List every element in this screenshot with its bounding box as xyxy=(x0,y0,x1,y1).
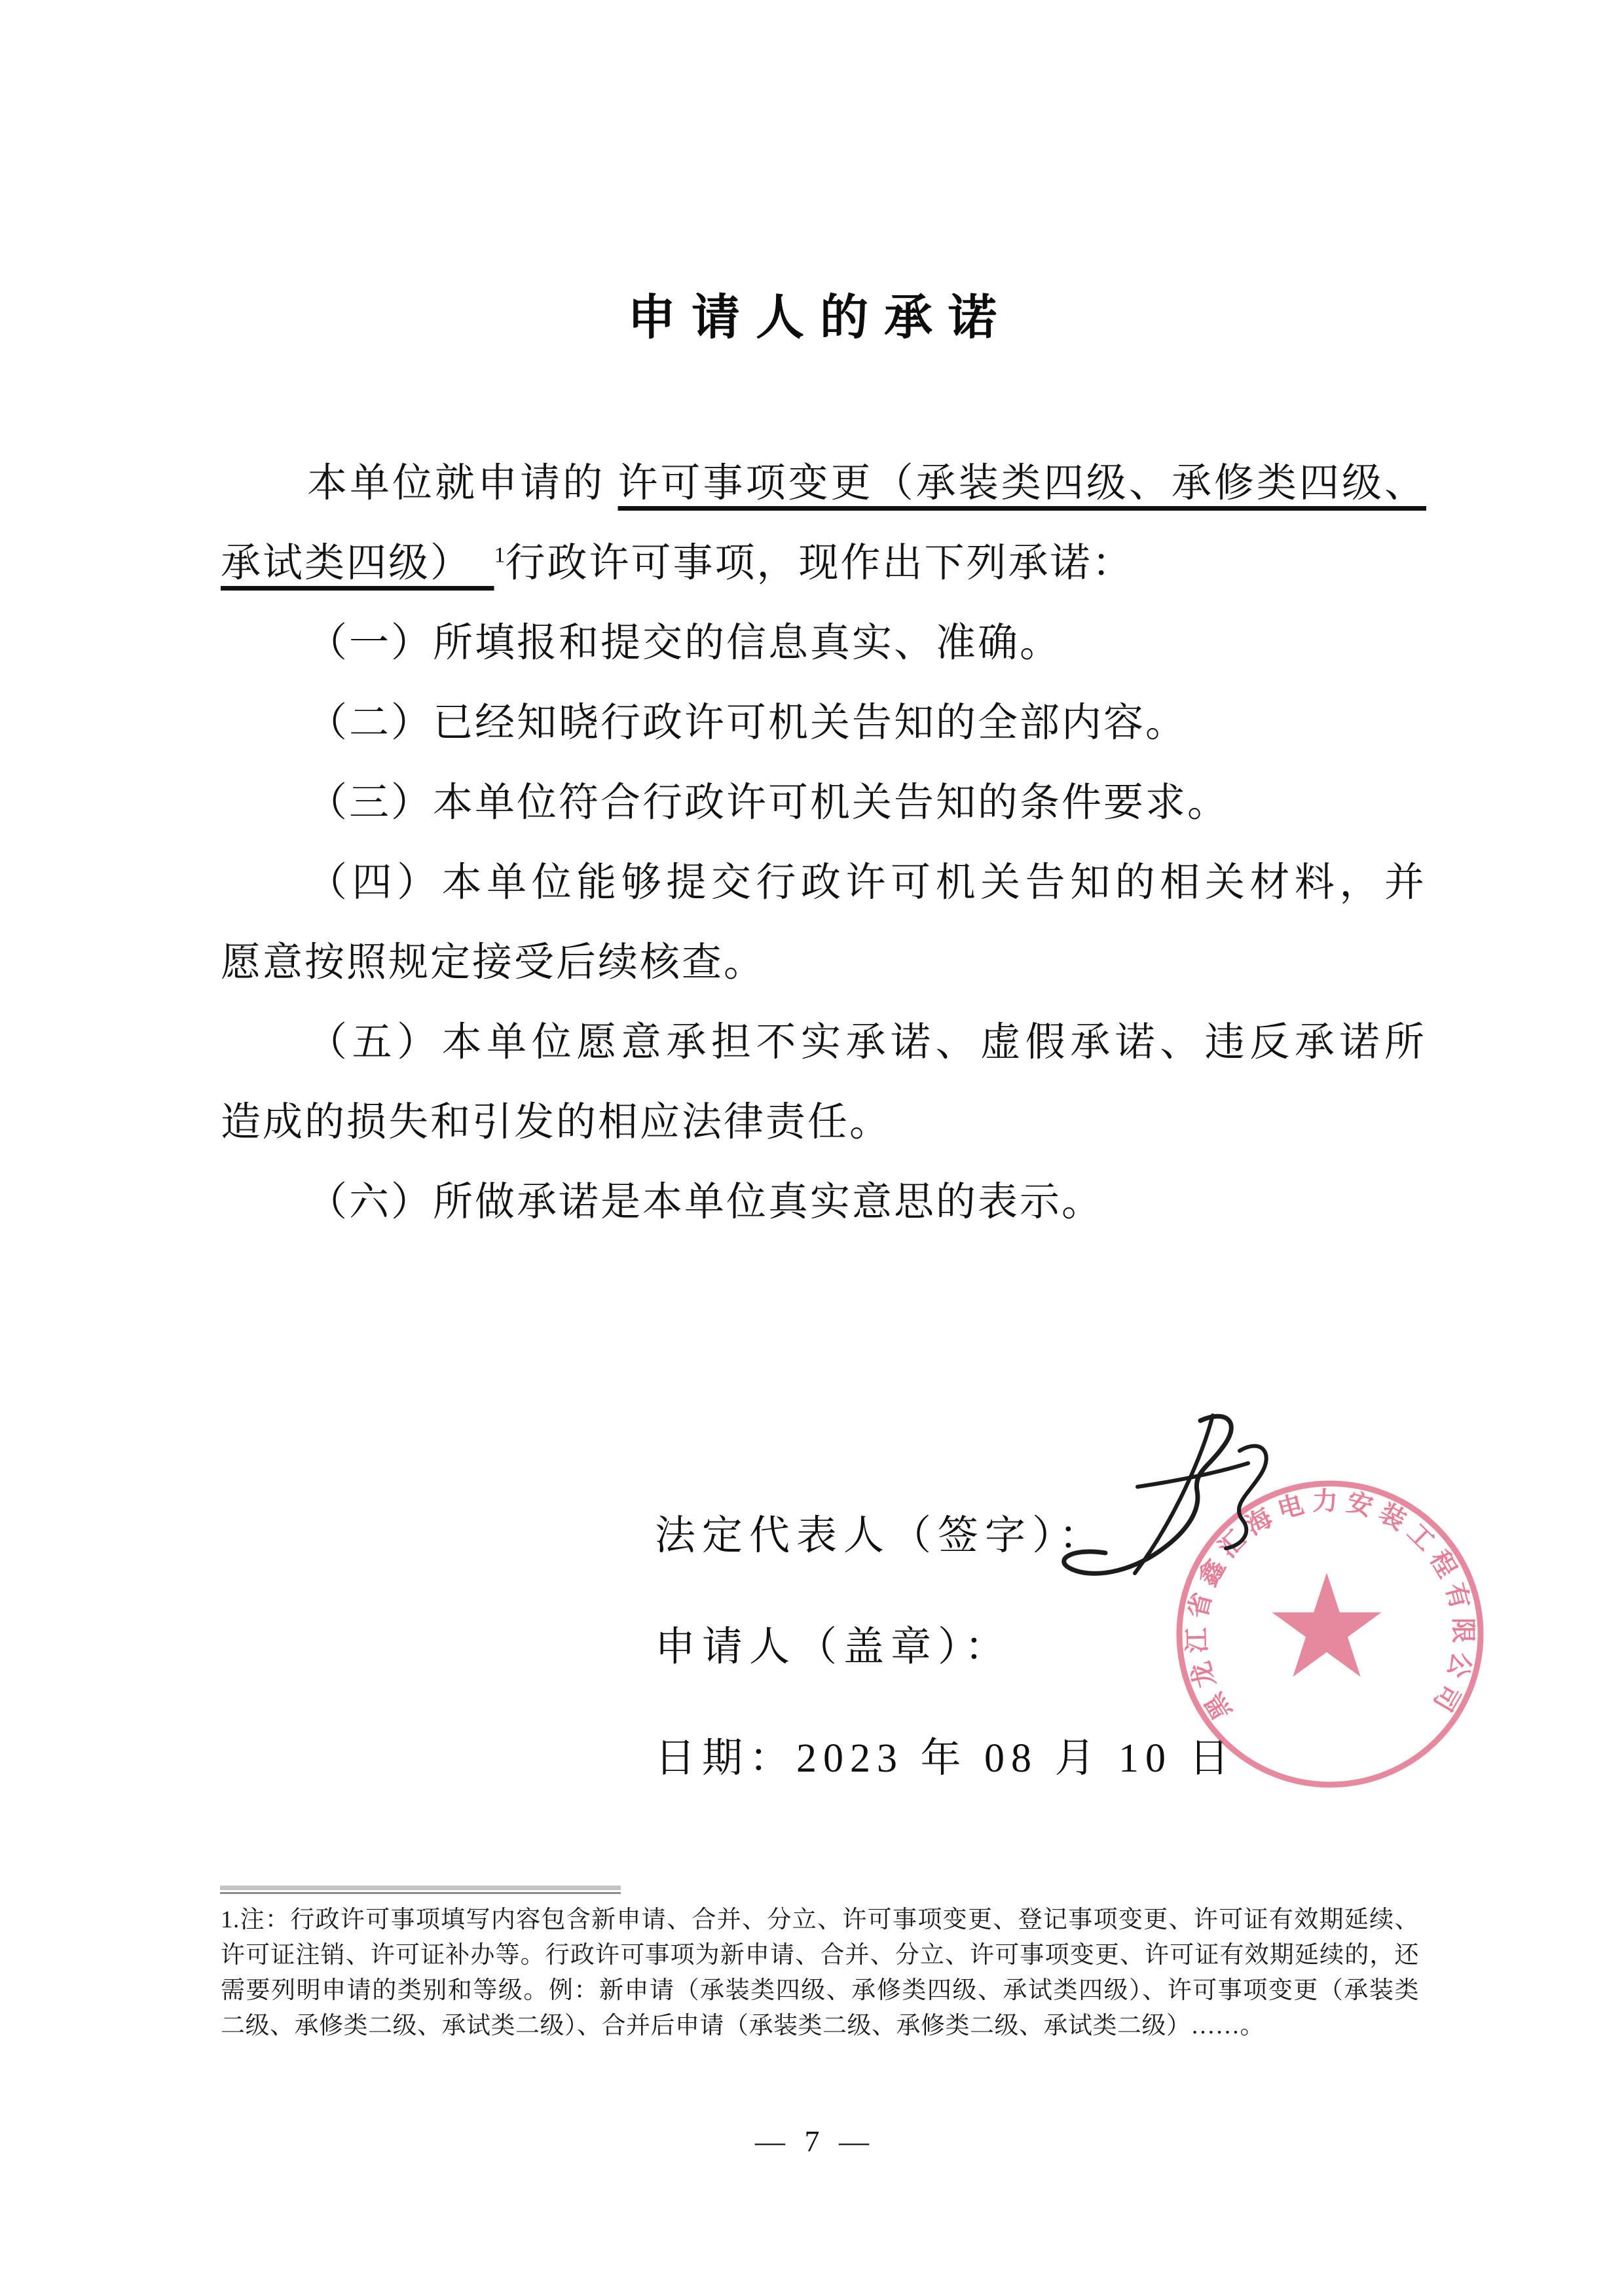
commitment-item-3: （三）本单位符合行政许可机关告知的条件要求。 xyxy=(221,763,1426,843)
intro-line-2: 承试类四级） 1行政许可事项，现作出下列承诺： xyxy=(221,524,1426,604)
intro-underlined-1: 许可事项变更（承装类四级、承修类四级、 xyxy=(618,462,1426,505)
intro-prefix: 本单位就申请的 xyxy=(307,462,618,505)
commitment-item-1: （一）所填报和提交的信息真实、准确。 xyxy=(221,604,1426,683)
intro-line-1: 本单位就申请的 许可事项变更（承装类四级、承修类四级、 xyxy=(221,444,1426,524)
page-title: 申请人的承诺 xyxy=(0,279,1624,348)
commitment-item-5-line-1: （五）本单位愿意承担不实承诺、虚假承诺、违反承诺所 xyxy=(221,1003,1426,1083)
footnote: 1.注：行政许可事项填写内容包含新申请、合并、分立、许可事项变更、登记事项变更、… xyxy=(221,1903,1419,2044)
handwritten-signature xyxy=(1031,1408,1280,1597)
commitment-item-4-line-1: （四）本单位能够提交行政许可机关告知的相关材料，并 xyxy=(221,843,1426,923)
stamp-star-icon xyxy=(1272,1573,1381,1677)
commitment-body: 本单位就申请的 许可事项变更（承装类四级、承修类四级、 承试类四级） 1行政许可… xyxy=(221,444,1426,1243)
page-number: — 7 — xyxy=(0,2124,1624,2159)
commitment-item-4-line-2: 愿意按照规定接受后续核查。 xyxy=(221,923,1426,1003)
commitment-item-5-line-2: 造成的损失和引发的相应法律责任。 xyxy=(221,1083,1426,1163)
footnote-reference-mark: 1 xyxy=(494,543,506,568)
intro-rest: 行政许可事项，现作出下列承诺： xyxy=(506,541,1134,585)
date-line: 日期：2023 年 08 月 10 日 xyxy=(655,1732,1236,1785)
intro-underlined-2: 承试类四级） xyxy=(221,541,494,585)
document-page: 申请人的承诺 本单位就申请的 许可事项变更（承装类四级、承修类四级、 承试类四级… xyxy=(0,0,1624,2296)
commitment-item-6: （六）所做承诺是本单位真实意思的表示。 xyxy=(221,1163,1426,1243)
commitment-item-2: （二）已经知晓行政许可机关告知的全部内容。 xyxy=(221,683,1426,763)
applicant-seal-label: 申请人（盖章）： xyxy=(655,1621,1012,1673)
footnote-separator xyxy=(220,1886,621,1894)
footnote-line-1: 1.注：行政许可事项填写内容包含新申请、合并、分立、许可事项变更、登记事项变更、… xyxy=(221,1903,1419,1938)
footnote-line-2: 许可证注销、许可证补办等。行政许可事项为新申请、合并、分立、许可事项变更、许可证… xyxy=(221,1938,1419,1973)
footnote-line-4: 二级、承修类二级、承试类二级）、合并后申请（承装类二级、承修类二级、承试类二级）… xyxy=(221,2009,1419,2044)
footnote-line-3: 需要列明申请的类别和等级。例：新申请（承装类四级、承修类四级、承试类四级）、许可… xyxy=(221,1973,1419,2009)
